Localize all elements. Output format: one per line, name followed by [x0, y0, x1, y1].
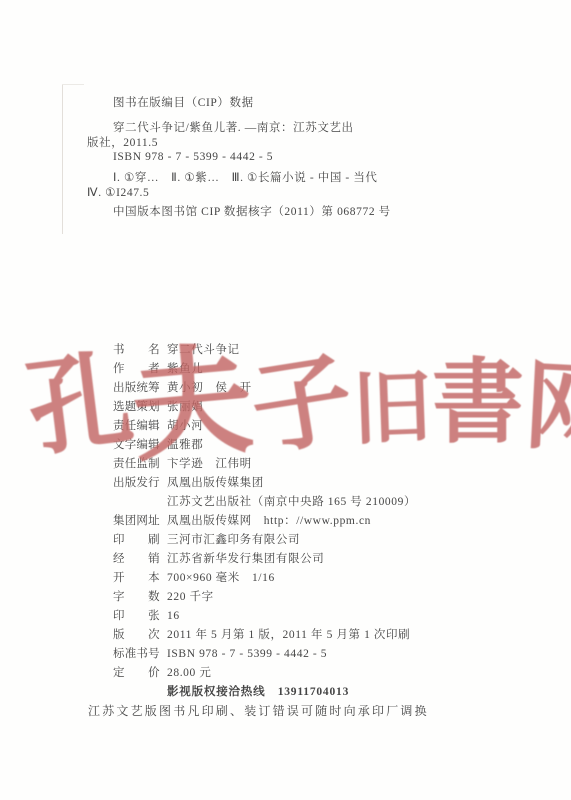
colophon-value: 江苏文艺出版社（南京中央路 165 号 210009） — [167, 496, 416, 508]
colophon-row: 印 张16 — [113, 607, 533, 626]
cip-record-line: 中国版本图书馆 CIP 数据核字（2011）第 068772 号 — [113, 205, 391, 220]
colophon-label: 集团网址 — [113, 512, 167, 531]
colophon-label: 出版统筹 — [113, 379, 167, 398]
colophon-label: 定 价 — [113, 664, 167, 683]
colophon-row: 印 刷三河市汇鑫印务有限公司 — [113, 531, 533, 550]
film-rights-hotline: 影视版权接洽热线 13911704013 — [167, 683, 349, 699]
colophon-value: 胡小河 — [167, 420, 203, 432]
colophon-value: 穿二代斗争记 — [167, 344, 240, 356]
colophon-label: 文字编辑 — [113, 436, 167, 455]
colophon-value: ISBN 978 - 7 - 5399 - 4442 - 5 — [167, 648, 327, 660]
colophon-label: 经 销 — [113, 550, 167, 569]
colophon-label: 书 名 — [113, 341, 167, 360]
colophon-label: 印 刷 — [113, 531, 167, 550]
colophon-row: 集团网址凤凰出版传媒网 http：//www.ppm.cn — [113, 512, 533, 531]
colophon-value: 700×960 毫米 1/16 — [167, 572, 275, 584]
colophon-label: 责任编辑 — [113, 417, 167, 436]
colophon-label: 责任监制 — [113, 455, 167, 474]
cip-title-line: 版社，2011.5 — [87, 136, 158, 151]
cip-classification-line: Ⅰ. ①穿… Ⅱ. ①紫… Ⅲ. ①长篇小说 - 中国 - 当代 — [113, 171, 378, 186]
book-copyright-page: 图书在版编目（CIP）数据 穿二代斗争记/紫鱼儿著. —南京：江苏文艺出 版社，… — [0, 0, 571, 800]
colophon-label: 印 张 — [113, 607, 167, 626]
colophon-label: 作 者 — [113, 360, 167, 379]
page-edge-line — [62, 84, 63, 234]
colophon-value: 卞学逊 江伟明 — [167, 458, 252, 470]
page-edge-corner — [62, 84, 84, 85]
colophon-value: 凤凰出版传媒网 http：//www.ppm.cn — [167, 515, 371, 527]
colophon-row: 出版发行凤凰出版传媒集团 — [113, 474, 533, 493]
colophon-value: 张丽娟 — [167, 401, 203, 413]
colophon-row: 书 名穿二代斗争记 — [113, 341, 533, 360]
colophon-label: 出版发行 — [113, 474, 167, 493]
colophon-row: 江苏文艺出版社（南京中央路 165 号 210009） — [113, 493, 533, 512]
colophon-row: 责任监制卞学逊 江伟明 — [113, 455, 533, 474]
colophon-label: 选题策划 — [113, 398, 167, 417]
colophon-value: 温雅郡 — [167, 439, 203, 451]
colophon-value: 黄小初 侯 开 — [167, 382, 252, 394]
colophon-value: 凤凰出版传媒集团 — [167, 477, 264, 489]
cip-isbn-line: ISBN 978 - 7 - 5399 - 4442 - 5 — [113, 150, 273, 165]
colophon-row: 选题策划张丽娟 — [113, 398, 533, 417]
cip-heading: 图书在版编目（CIP）数据 — [113, 96, 254, 111]
colophon-table: 书 名穿二代斗争记作 者紫鱼儿出版统筹黄小初 侯 开选题策划张丽娟责任编辑胡小河… — [113, 341, 533, 683]
cip-title-line: 穿二代斗争记/紫鱼儿著. —南京：江苏文艺出 — [113, 121, 354, 136]
colophon-label: 字 数 — [113, 588, 167, 607]
colophon-value: 2011 年 5 月第 1 版，2011 年 5 月第 1 次印刷 — [167, 629, 410, 641]
colophon-label: 开 本 — [113, 569, 167, 588]
colophon-row: 定 价28.00 元 — [113, 664, 533, 683]
colophon-value: 江苏省新华发行集团有限公司 — [167, 553, 324, 565]
colophon-row: 经 销江苏省新华发行集团有限公司 — [113, 550, 533, 569]
colophon-label: 标准书号 — [113, 645, 167, 664]
colophon-value: 16 — [167, 610, 180, 622]
colophon-value: 28.00 元 — [167, 667, 211, 679]
colophon-row: 字 数220 千字 — [113, 588, 533, 607]
colophon-value: 紫鱼儿 — [167, 363, 203, 375]
colophon-row: 开 本700×960 毫米 1/16 — [113, 569, 533, 588]
colophon-row: 责任编辑胡小河 — [113, 417, 533, 436]
printing-error-notice: 江苏文艺版图书凡印刷、装订错误可随时向承印厂调换 — [88, 702, 429, 719]
colophon-row: 文字编辑温雅郡 — [113, 436, 533, 455]
colophon-value: 三河市汇鑫印务有限公司 — [167, 534, 300, 546]
cip-classification-line: Ⅳ. ①I247.5 — [87, 186, 149, 201]
colophon-row: 版 次2011 年 5 月第 1 版，2011 年 5 月第 1 次印刷 — [113, 626, 533, 645]
colophon-label: 版 次 — [113, 626, 167, 645]
colophon-row: 作 者紫鱼儿 — [113, 360, 533, 379]
colophon-row: 标准书号ISBN 978 - 7 - 5399 - 4442 - 5 — [113, 645, 533, 664]
colophon-value: 220 千字 — [167, 591, 214, 603]
colophon-row: 出版统筹黄小初 侯 开 — [113, 379, 533, 398]
